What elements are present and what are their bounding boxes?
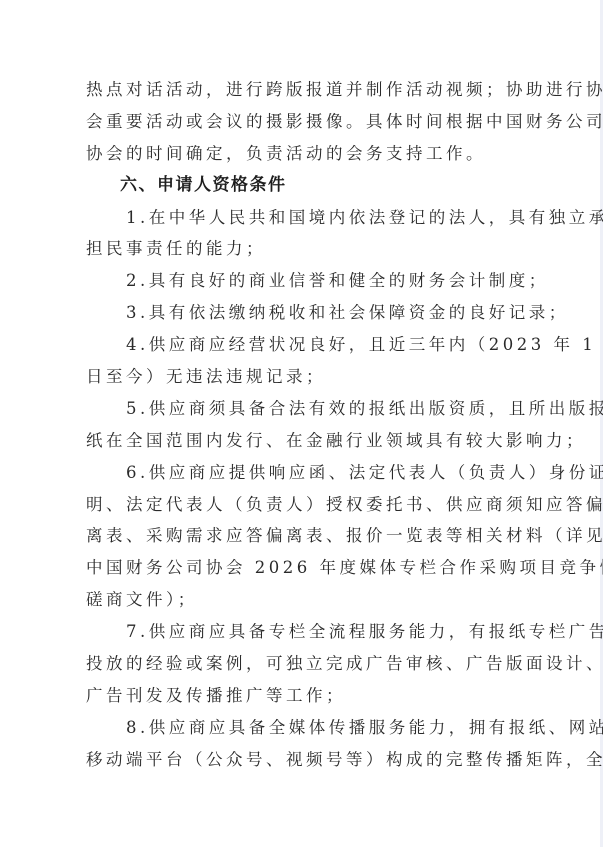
paragraph-line: 移动端平台（公众号、视频号等）构成的完整传播矩阵，全 [86,744,510,776]
paragraph-line: 4.供应商应经营状况良好，且近三年内（2023 年 1 月 1 [86,329,510,361]
paragraph-line: 7.供应商应具备专栏全流程服务能力，有报纸专栏广告 [86,616,510,648]
qualification-item-3: 3.具有依法缴纳税收和社会保障资金的良好记录； [86,297,510,329]
paragraph-line: 5.供应商须具备合法有效的报纸出版资质，且所出版报 [86,393,510,425]
document-page: 热点对话活动，进行跨版报道并制作活动视频；协助进行协 会重要活动或会议的摄影摄像… [0,0,603,847]
paragraph-line: 会重要活动或会议的摄影摄像。具体时间根据中国财务公司 [86,106,510,138]
document-body: 热点对话活动，进行跨版报道并制作活动视频；协助进行协 会重要活动或会议的摄影摄像… [86,74,510,776]
paragraph-line: 投放的经验或案例，可独立完成广告审核、广告版面设计、 [86,648,510,680]
paragraph-line: 中国财务公司协会 2026 年度媒体专栏合作采购项目竞争性 [86,552,510,584]
continuation-paragraph: 热点对话活动，进行跨版报道并制作活动视频；协助进行协 会重要活动或会议的摄影摄像… [86,74,510,170]
paragraph-line: 2.具有良好的商业信誉和健全的财务会计制度； [86,265,510,297]
paragraph-line: 日至今）无违法违规记录； [86,361,510,393]
qualification-item-7: 7.供应商应具备专栏全流程服务能力，有报纸专栏广告 投放的经验或案例，可独立完成… [86,616,510,712]
paragraph-line: 担民事责任的能力； [86,233,510,265]
section-heading: 六、申请人资格条件 [86,170,510,202]
qualification-item-6: 6.供应商应提供响应函、法定代表人（负责人）身份证 明、法定代表人（负责人）授权… [86,457,510,616]
paragraph-line: 协会的时间确定，负责活动的会务支持工作。 [86,138,510,170]
qualification-item-8: 8.供应商应具备全媒体传播服务能力，拥有报纸、网站、 移动端平台（公众号、视频号… [86,712,510,776]
qualification-item-4: 4.供应商应经营状况良好，且近三年内（2023 年 1 月 1 日至今）无违法违… [86,329,510,393]
paragraph-line: 纸在全国范围内发行、在金融行业领域具有较大影响力； [86,425,510,457]
paragraph-line: 热点对话活动，进行跨版报道并制作活动视频；协助进行协 [86,74,510,106]
qualification-item-2: 2.具有良好的商业信誉和健全的财务会计制度； [86,265,510,297]
paragraph-line: 1.在中华人民共和国境内依法登记的法人，具有独立承 [86,202,510,234]
paragraph-line: 明、法定代表人（负责人）授权委托书、供应商须知应答偏 [86,489,510,521]
paragraph-line: 6.供应商应提供响应函、法定代表人（负责人）身份证 [86,457,510,489]
paragraph-line: 离表、采购需求应答偏离表、报价一览表等相关材料（详见 [86,520,510,552]
paragraph-line: 8.供应商应具备全媒体传播服务能力，拥有报纸、网站、 [86,712,510,744]
qualification-item-5: 5.供应商须具备合法有效的报纸出版资质，且所出版报 纸在全国范围内发行、在金融行… [86,393,510,457]
qualification-item-1: 1.在中华人民共和国境内依法登记的法人，具有独立承 担民事责任的能力； [86,202,510,266]
paragraph-line: 磋商文件）； [86,584,510,616]
paragraph-line: 广告刊发及传播推广等工作； [86,680,510,712]
paragraph-line: 3.具有依法缴纳税收和社会保障资金的良好记录； [86,297,510,329]
